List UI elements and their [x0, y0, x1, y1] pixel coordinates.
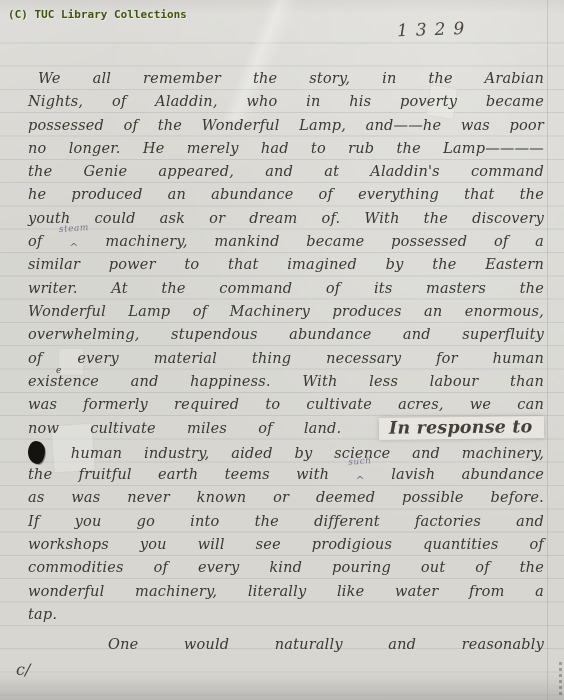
manuscript-line: the Genie appeared, and at Aladdin's com… — [28, 161, 544, 184]
corner-mark: c/ — [16, 660, 30, 679]
line-text: workshops you will see prodigious quanti… — [28, 537, 544, 553]
line-text: youth could ask or dream of. With the di… — [28, 211, 544, 227]
line-text: commodities of every kind pouring out of… — [28, 560, 544, 576]
manuscript-line: commodities of every kind pouring out of… — [28, 557, 544, 580]
line-text: We all remember the story, in the Arabia… — [38, 71, 544, 87]
pencil-insertion: ^such — [355, 464, 364, 487]
line-text: machinery, mankind became possessed of a — [105, 234, 544, 250]
insertion-text: such — [348, 450, 373, 475]
manuscript-line: as was never known or deemed possible be… — [28, 487, 544, 510]
manuscript-line: writer. At the command of its masters th… — [28, 278, 544, 301]
line-text: wonderful machinery, literally like wate… — [28, 584, 544, 600]
line-text: existence and happiness. With less labou… — [28, 374, 544, 390]
page-number: 1329 — [396, 19, 472, 42]
line-text: was formerly required to cultivate acres… — [28, 397, 544, 413]
line-text: similar power to that imagined by the Ea… — [28, 257, 544, 273]
line-text: possessed of the Wonderful Lamp, and——he… — [28, 118, 544, 134]
line-text: as was never known or deemed possible be… — [28, 490, 544, 506]
line-text: no longer. He merely had to rub the Lamp… — [28, 141, 544, 157]
manuscript-line: wonderful machinery, literally like wate… — [28, 581, 544, 604]
manuscript-line: tap. — [28, 604, 544, 627]
manuscript-line: was formerly required to cultivate acres… — [28, 394, 544, 417]
line-text: human industry, aided by science and mac… — [71, 446, 544, 462]
manuscript-line: We all remember the story, in the Arabia… — [28, 68, 544, 91]
manuscript-line: no longer. He merely had to rub the Lamp… — [28, 138, 544, 161]
line-text: lavish abundance — [391, 467, 544, 483]
manuscript-line: of ^steam machinery, mankind became poss… — [28, 231, 544, 254]
manuscript-line: possessed of the Wonderful Lamp, and——he… — [28, 115, 544, 138]
margin-rule — [547, 0, 548, 700]
pasted-slip: In response to — [378, 417, 544, 441]
line-text: now cultivate miles of land. — [28, 421, 341, 437]
ink-blot — [28, 441, 45, 464]
correction-letter: e — [56, 366, 61, 376]
slip-text: In response to — [388, 418, 532, 440]
manuscript-line: of every material thing necessary for hu… — [28, 348, 544, 371]
line-text: One would naturally and reasonably — [108, 637, 544, 653]
manuscript-line: now cultivate miles of land. In response… — [28, 417, 544, 440]
manuscript-line: similar power to that imagined by the Ea… — [28, 254, 544, 277]
library-watermark: (C) TUC Library Collections — [8, 8, 187, 21]
manuscript-line: Wonderful Lamp of Machinery produces an … — [28, 301, 544, 324]
line-text: If you go into the different factories a… — [28, 514, 544, 530]
insertion-text: steam — [58, 217, 90, 242]
line-text: Wonderful Lamp of Machinery produces an … — [28, 304, 544, 320]
line-text: overwhelming, stupendous abundance and s… — [28, 327, 544, 343]
manuscript-line: the fruitful earth teems with ^such lavi… — [28, 464, 544, 487]
manuscript-line: he produced an abundance of everything t… — [28, 184, 544, 207]
line-text: the fruitful earth teems with — [28, 467, 329, 483]
line-text: tap. — [28, 607, 57, 623]
line-text: he produced an abundance of everything t… — [28, 187, 544, 203]
manuscript-line: If you go into the different factories a… — [28, 511, 544, 534]
manuscript-line: Nights, of Aladdin, who in his poverty b… — [28, 91, 544, 114]
manuscript-line: One would naturally and reasonably — [28, 634, 544, 657]
manuscript-line: workshops you will see prodigious quanti… — [28, 534, 544, 557]
line-text: of every material thing necessary for hu… — [28, 351, 544, 367]
manuscript-body: We all remember the story, in the Arabia… — [28, 68, 544, 657]
line-text: the Genie appeared, and at Aladdin's com… — [28, 164, 544, 180]
manuscript-page: (C) TUC Library Collections 1329 We all … — [0, 0, 564, 700]
manuscript-line: existence and happiness. With less labou… — [28, 371, 544, 394]
manuscript-line: human industry, aided by science and mac… — [28, 441, 544, 464]
edge-scribble — [559, 662, 562, 696]
manuscript-line: youth could ask or dream of. With the di… — [28, 208, 544, 231]
pencil-insertion: ^steam — [69, 231, 78, 254]
manuscript-line: overwhelming, stupendous abundance and s… — [28, 324, 544, 347]
line-text: of — [28, 234, 43, 250]
line-text: Nights, of Aladdin, who in his poverty b… — [28, 94, 544, 110]
line-text: writer. At the command of its masters th… — [28, 281, 544, 297]
